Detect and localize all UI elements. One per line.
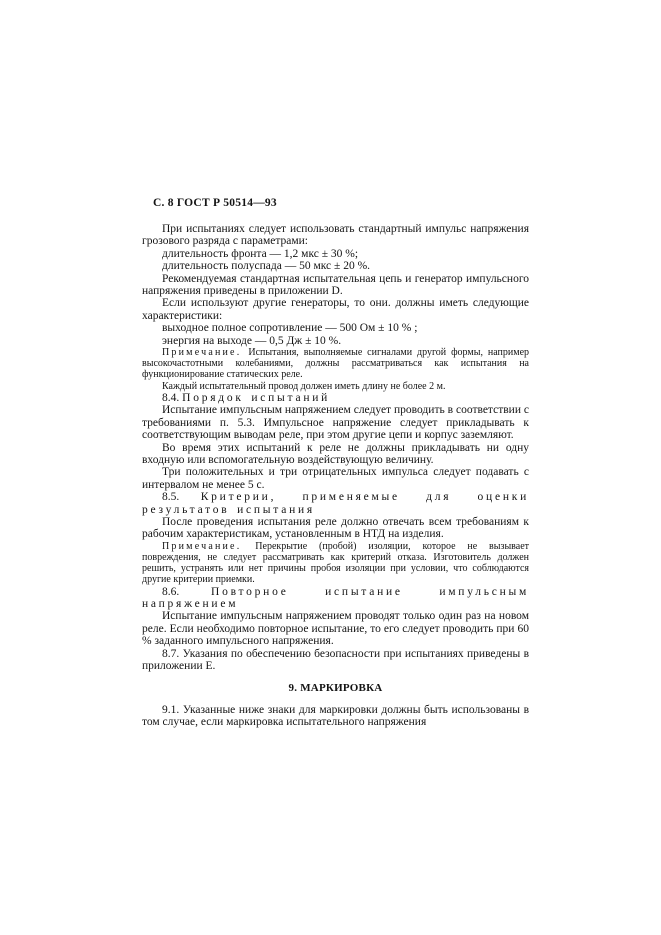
section-heading: 8.6. Повторное испытание импульсным напр… — [142, 586, 529, 611]
body-paragraph: Рекомендуемая стандартная испытательная … — [142, 273, 529, 298]
section-number: 8.4. — [162, 392, 179, 404]
document-content: При испытаниях следует использовать стан… — [142, 223, 529, 729]
note-label: Примечание. — [162, 541, 243, 552]
document-page: С. 8 ГОСТ Р 50514—93 При испытаниях след… — [0, 0, 661, 935]
body-paragraph: 9.1. Указанные ниже знаки для маркировки… — [142, 704, 529, 729]
note-paragraph: Каждый испытательный провод должен иметь… — [142, 381, 529, 392]
body-paragraph: Испытание импульсным напряжением следует… — [142, 404, 529, 441]
document-body: С. 8 ГОСТ Р 50514—93 При испытаниях след… — [142, 197, 529, 729]
body-paragraph: длительность полуспада — 50 мкс ± 20 %. — [142, 260, 529, 272]
body-paragraph: Во время этих испытаний к реле не должны… — [142, 442, 529, 467]
note-text: Каждый испытательный провод должен иметь… — [162, 381, 445, 392]
running-header: С. 8 ГОСТ Р 50514—93 — [153, 197, 529, 209]
chapter-heading: 9. МАРКИРОВКА — [142, 682, 529, 694]
body-paragraph: При испытаниях следует использовать стан… — [142, 223, 529, 248]
body-paragraph: выходное полное сопротивление — 500 Ом ±… — [142, 322, 529, 334]
note-paragraph: Примечание. Испытания, выполняемые сигна… — [142, 347, 529, 381]
section-heading: 8.4. Порядок испытаний — [142, 392, 529, 404]
body-paragraph: энергия на выходе — 0,5 Дж ± 10 %. — [142, 335, 529, 347]
body-paragraph: 8.7. Указания по обеспечению безопасност… — [142, 648, 529, 673]
note-label: Примечание. — [162, 347, 243, 358]
section-number: 8.6. — [162, 586, 179, 598]
body-paragraph: Три положительных и три отрицательных им… — [142, 466, 529, 491]
section-title: Критерии, применяемые для оценки результ… — [142, 491, 529, 515]
note-paragraph: Примечание. Перекрытие (пробой) изоляции… — [142, 541, 529, 586]
body-paragraph: Испытание импульсным напряжением проводя… — [142, 610, 529, 647]
body-paragraph: длительность фронта — 1,2 мкс ± 30 %; — [142, 248, 529, 260]
body-paragraph: Если используют другие генераторы, то он… — [142, 297, 529, 322]
body-paragraph: После проведения испытания реле должно о… — [142, 516, 529, 541]
section-title: Повторное испытание импульсным напряжени… — [142, 586, 529, 610]
section-title: Порядок испытаний — [182, 392, 330, 404]
section-heading: 8.5. Критерии, применяемые для оценки ре… — [142, 491, 529, 516]
section-number: 8.5. — [162, 491, 179, 503]
